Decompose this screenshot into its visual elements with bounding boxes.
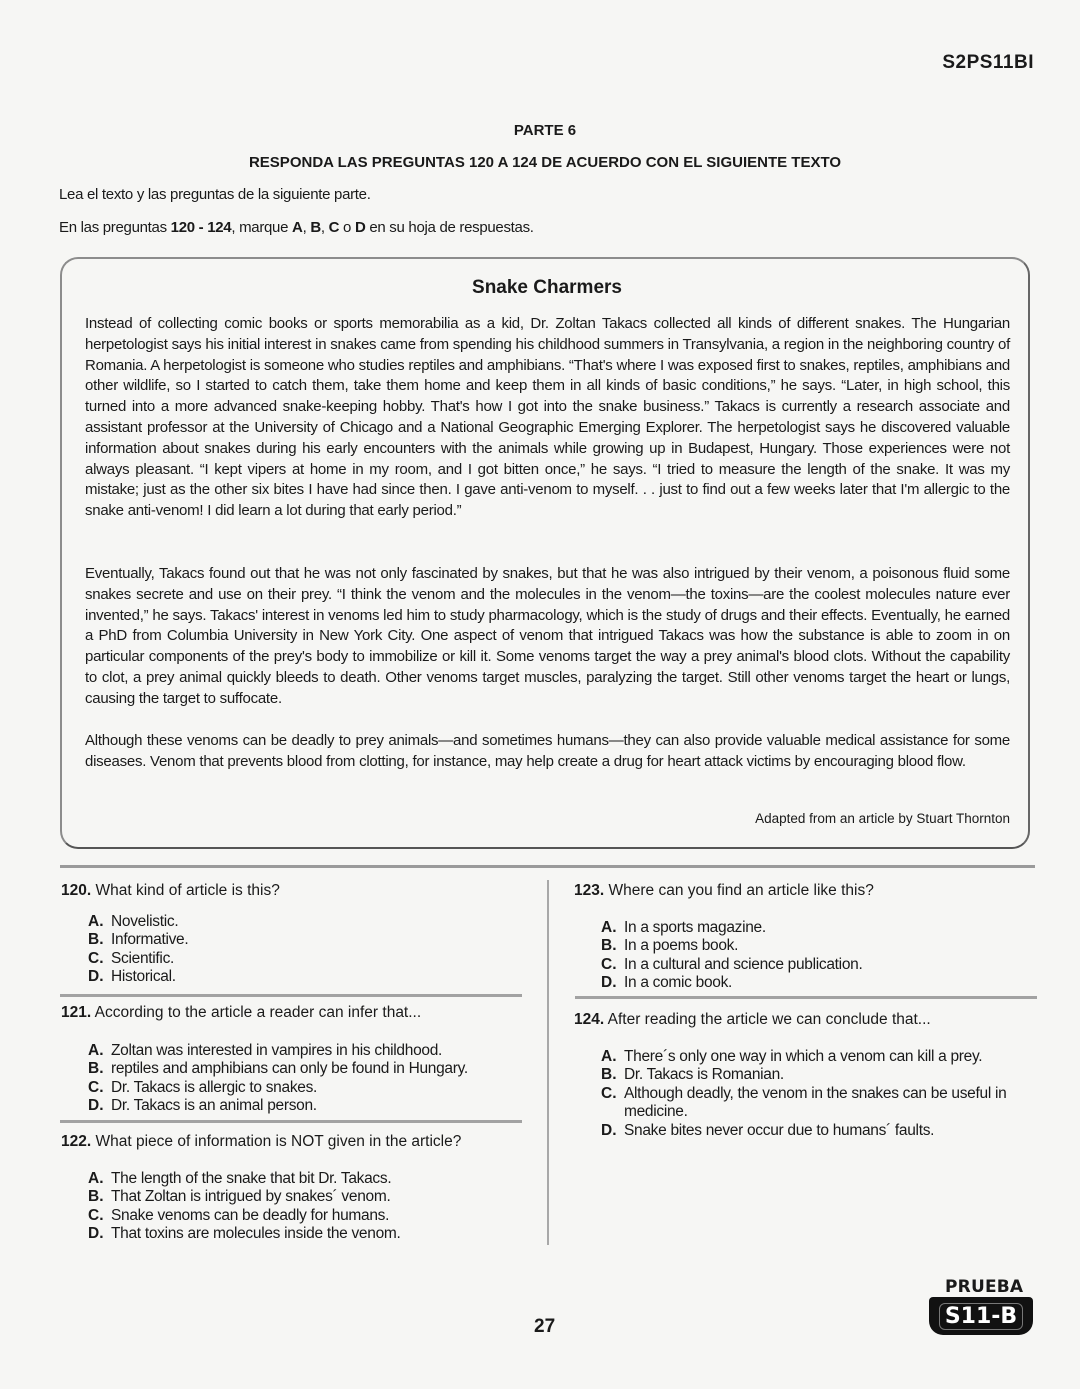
option-letter: B.: [601, 1066, 624, 1084]
question-text: What kind of article is this?: [95, 882, 279, 899]
instruction-line-1: Lea el texto y las preguntas de la sigui…: [59, 186, 371, 203]
question-text: According to the article a reader can in…: [95, 1004, 422, 1021]
option-d[interactable]: D.Historical.: [88, 968, 188, 986]
option-text: In a sports magazine.: [624, 919, 766, 937]
option-letter: C.: [601, 1085, 624, 1122]
option-b[interactable]: B.Informative.: [88, 931, 188, 949]
option-a[interactable]: A.Zoltan was interested in vampires in h…: [88, 1042, 468, 1060]
option-c[interactable]: C.Scientific.: [88, 950, 188, 968]
option-text: Snake venoms can be deadly for humans.: [111, 1207, 389, 1225]
option-text: reptiles and amphibians can only be foun…: [111, 1060, 468, 1078]
option-letter: B: [310, 219, 321, 236]
option-letter: A.: [601, 1048, 624, 1066]
option-d[interactable]: D.Dr. Takacs is an animal person.: [88, 1097, 468, 1115]
question-number: 124.: [574, 1011, 604, 1028]
option-text: Informative.: [111, 931, 188, 949]
question-120: 120. What kind of article is this?: [61, 882, 280, 900]
option-d[interactable]: D.That toxins are molecules inside the v…: [88, 1225, 401, 1243]
option-a[interactable]: A.In a sports magazine.: [601, 919, 862, 937]
question-number: 123.: [574, 882, 604, 899]
option-letter: D.: [88, 1097, 111, 1115]
option-c[interactable]: C.In a cultural and science publication.: [601, 956, 862, 974]
instruction-text: En las preguntas: [59, 219, 171, 236]
option-letter: B.: [601, 937, 624, 955]
question-121-options: A.Zoltan was interested in vampires in h…: [88, 1042, 468, 1116]
option-letter: B.: [88, 1188, 111, 1206]
question-number: 120.: [61, 882, 91, 899]
page-number: 27: [534, 1316, 555, 1338]
article-paragraph-3: Although these venoms can be deadly to p…: [85, 731, 1010, 773]
exam-code: S2PS11BI: [942, 52, 1034, 74]
separator: o: [339, 219, 355, 236]
option-text: Snake bites never occur due to humans´ f…: [624, 1122, 934, 1140]
prueba-label: PRUEBA: [945, 1277, 1023, 1297]
question-number: 122.: [61, 1133, 91, 1150]
option-a[interactable]: A.Novelistic.: [88, 913, 188, 931]
question-124: 124. After reading the article we can co…: [574, 1011, 931, 1029]
question-123-options: A.In a sports magazine. B.In a poems boo…: [601, 919, 862, 993]
option-text: Although deadly, the venom in the snakes…: [624, 1085, 1041, 1122]
option-d[interactable]: D.In a comic book.: [601, 974, 862, 992]
article-source: Adapted from an article by Stuart Thornt…: [755, 811, 1010, 826]
instruction-text: , marque: [231, 219, 292, 236]
option-text: The length of the snake that bit Dr. Tak…: [111, 1170, 391, 1188]
instruction-heading: RESPONDA LAS PREGUNTAS 120 A 124 DE ACUE…: [0, 154, 1080, 171]
article-title: Snake Charmers: [0, 277, 1080, 299]
option-text: Scientific.: [111, 950, 174, 968]
option-c[interactable]: C.Although deadly, the venom in the snak…: [601, 1085, 1041, 1122]
instruction-line-2: En las preguntas 120 - 124, marque A, B,…: [59, 219, 534, 236]
option-letter: A.: [88, 913, 111, 931]
option-letter: A.: [601, 919, 624, 937]
option-letter: C.: [601, 956, 624, 974]
option-letter: D: [355, 219, 366, 236]
question-122-options: A.The length of the snake that bit Dr. T…: [88, 1170, 401, 1244]
option-d[interactable]: D.Snake bites never occur due to humans´…: [601, 1122, 1041, 1140]
option-letter: A: [292, 219, 303, 236]
option-c[interactable]: C.Dr. Takacs is allergic to snakes.: [88, 1079, 468, 1097]
option-letter: D.: [601, 1122, 624, 1140]
question-text: What piece of information is NOT given i…: [95, 1133, 461, 1150]
part-heading: PARTE 6: [0, 122, 1080, 139]
option-text: That toxins are molecules inside the ven…: [111, 1225, 401, 1243]
option-letter: B.: [88, 1060, 111, 1078]
section-divider: [60, 865, 1035, 868]
option-b[interactable]: B.reptiles and amphibians can only be fo…: [88, 1060, 468, 1078]
option-a[interactable]: A.The length of the snake that bit Dr. T…: [88, 1170, 401, 1188]
prueba-badge: S11-B: [929, 1297, 1033, 1335]
option-text: Historical.: [111, 968, 176, 986]
question-range: 120 - 124: [171, 219, 232, 236]
question-122: 122. What piece of information is NOT gi…: [61, 1133, 461, 1151]
question-text: After reading the article we can conclud…: [608, 1011, 931, 1028]
option-letter: C.: [88, 1207, 111, 1225]
option-letter: C: [329, 219, 340, 236]
option-text: That Zoltan is intrigued by snakes´ veno…: [111, 1188, 390, 1206]
option-text: Novelistic.: [111, 913, 178, 931]
question-number: 121.: [61, 1004, 91, 1021]
option-text: In a comic book.: [624, 974, 732, 992]
option-b[interactable]: B.Dr. Takacs is Romanian.: [601, 1066, 1041, 1084]
option-letter: D.: [88, 968, 111, 986]
option-text: There´s only one way in which a venom ca…: [624, 1048, 982, 1066]
instruction-text: en su hoja de respuestas.: [365, 219, 533, 236]
question-divider: [575, 996, 1037, 999]
question-124-options: A.There´s only one way in which a venom …: [601, 1048, 1041, 1140]
option-letter: C.: [88, 950, 111, 968]
option-letter: C.: [88, 1079, 111, 1097]
option-a[interactable]: A.There´s only one way in which a venom …: [601, 1048, 1041, 1066]
question-text: Where can you find an article like this?: [608, 882, 873, 899]
question-123: 123. Where can you find an article like …: [574, 882, 874, 900]
separator: ,: [321, 219, 329, 236]
option-text: Zoltan was interested in vampires in his…: [111, 1042, 442, 1060]
option-letter: A.: [88, 1170, 111, 1188]
option-text: Dr. Takacs is Romanian.: [624, 1066, 784, 1084]
option-letter: D.: [88, 1225, 111, 1243]
option-letter: B.: [88, 931, 111, 949]
prueba-code: S11-B: [939, 1303, 1023, 1330]
option-letter: A.: [88, 1042, 111, 1060]
option-text: Dr. Takacs is allergic to snakes.: [111, 1079, 317, 1097]
question-divider: [60, 994, 522, 997]
question-divider: [60, 1120, 522, 1123]
option-text: Dr. Takacs is an animal person.: [111, 1097, 317, 1115]
article-paragraph-2: Eventually, Takacs found out that he was…: [85, 564, 1010, 710]
option-b[interactable]: B.That Zoltan is intrigued by snakes´ ve…: [88, 1188, 401, 1206]
option-text: In a cultural and science publication.: [624, 956, 862, 974]
question-120-options: A.Novelistic. B.Informative. C.Scientifi…: [88, 913, 188, 987]
question-121: 121. According to the article a reader c…: [61, 1004, 421, 1022]
option-b[interactable]: B.In a poems book.: [601, 937, 862, 955]
article-paragraph-1: Instead of collecting comic books or spo…: [85, 314, 1010, 522]
option-letter: D.: [601, 974, 624, 992]
column-divider: [547, 880, 549, 1245]
option-c[interactable]: C.Snake venoms can be deadly for humans.: [88, 1207, 401, 1225]
option-text: In a poems book.: [624, 937, 738, 955]
